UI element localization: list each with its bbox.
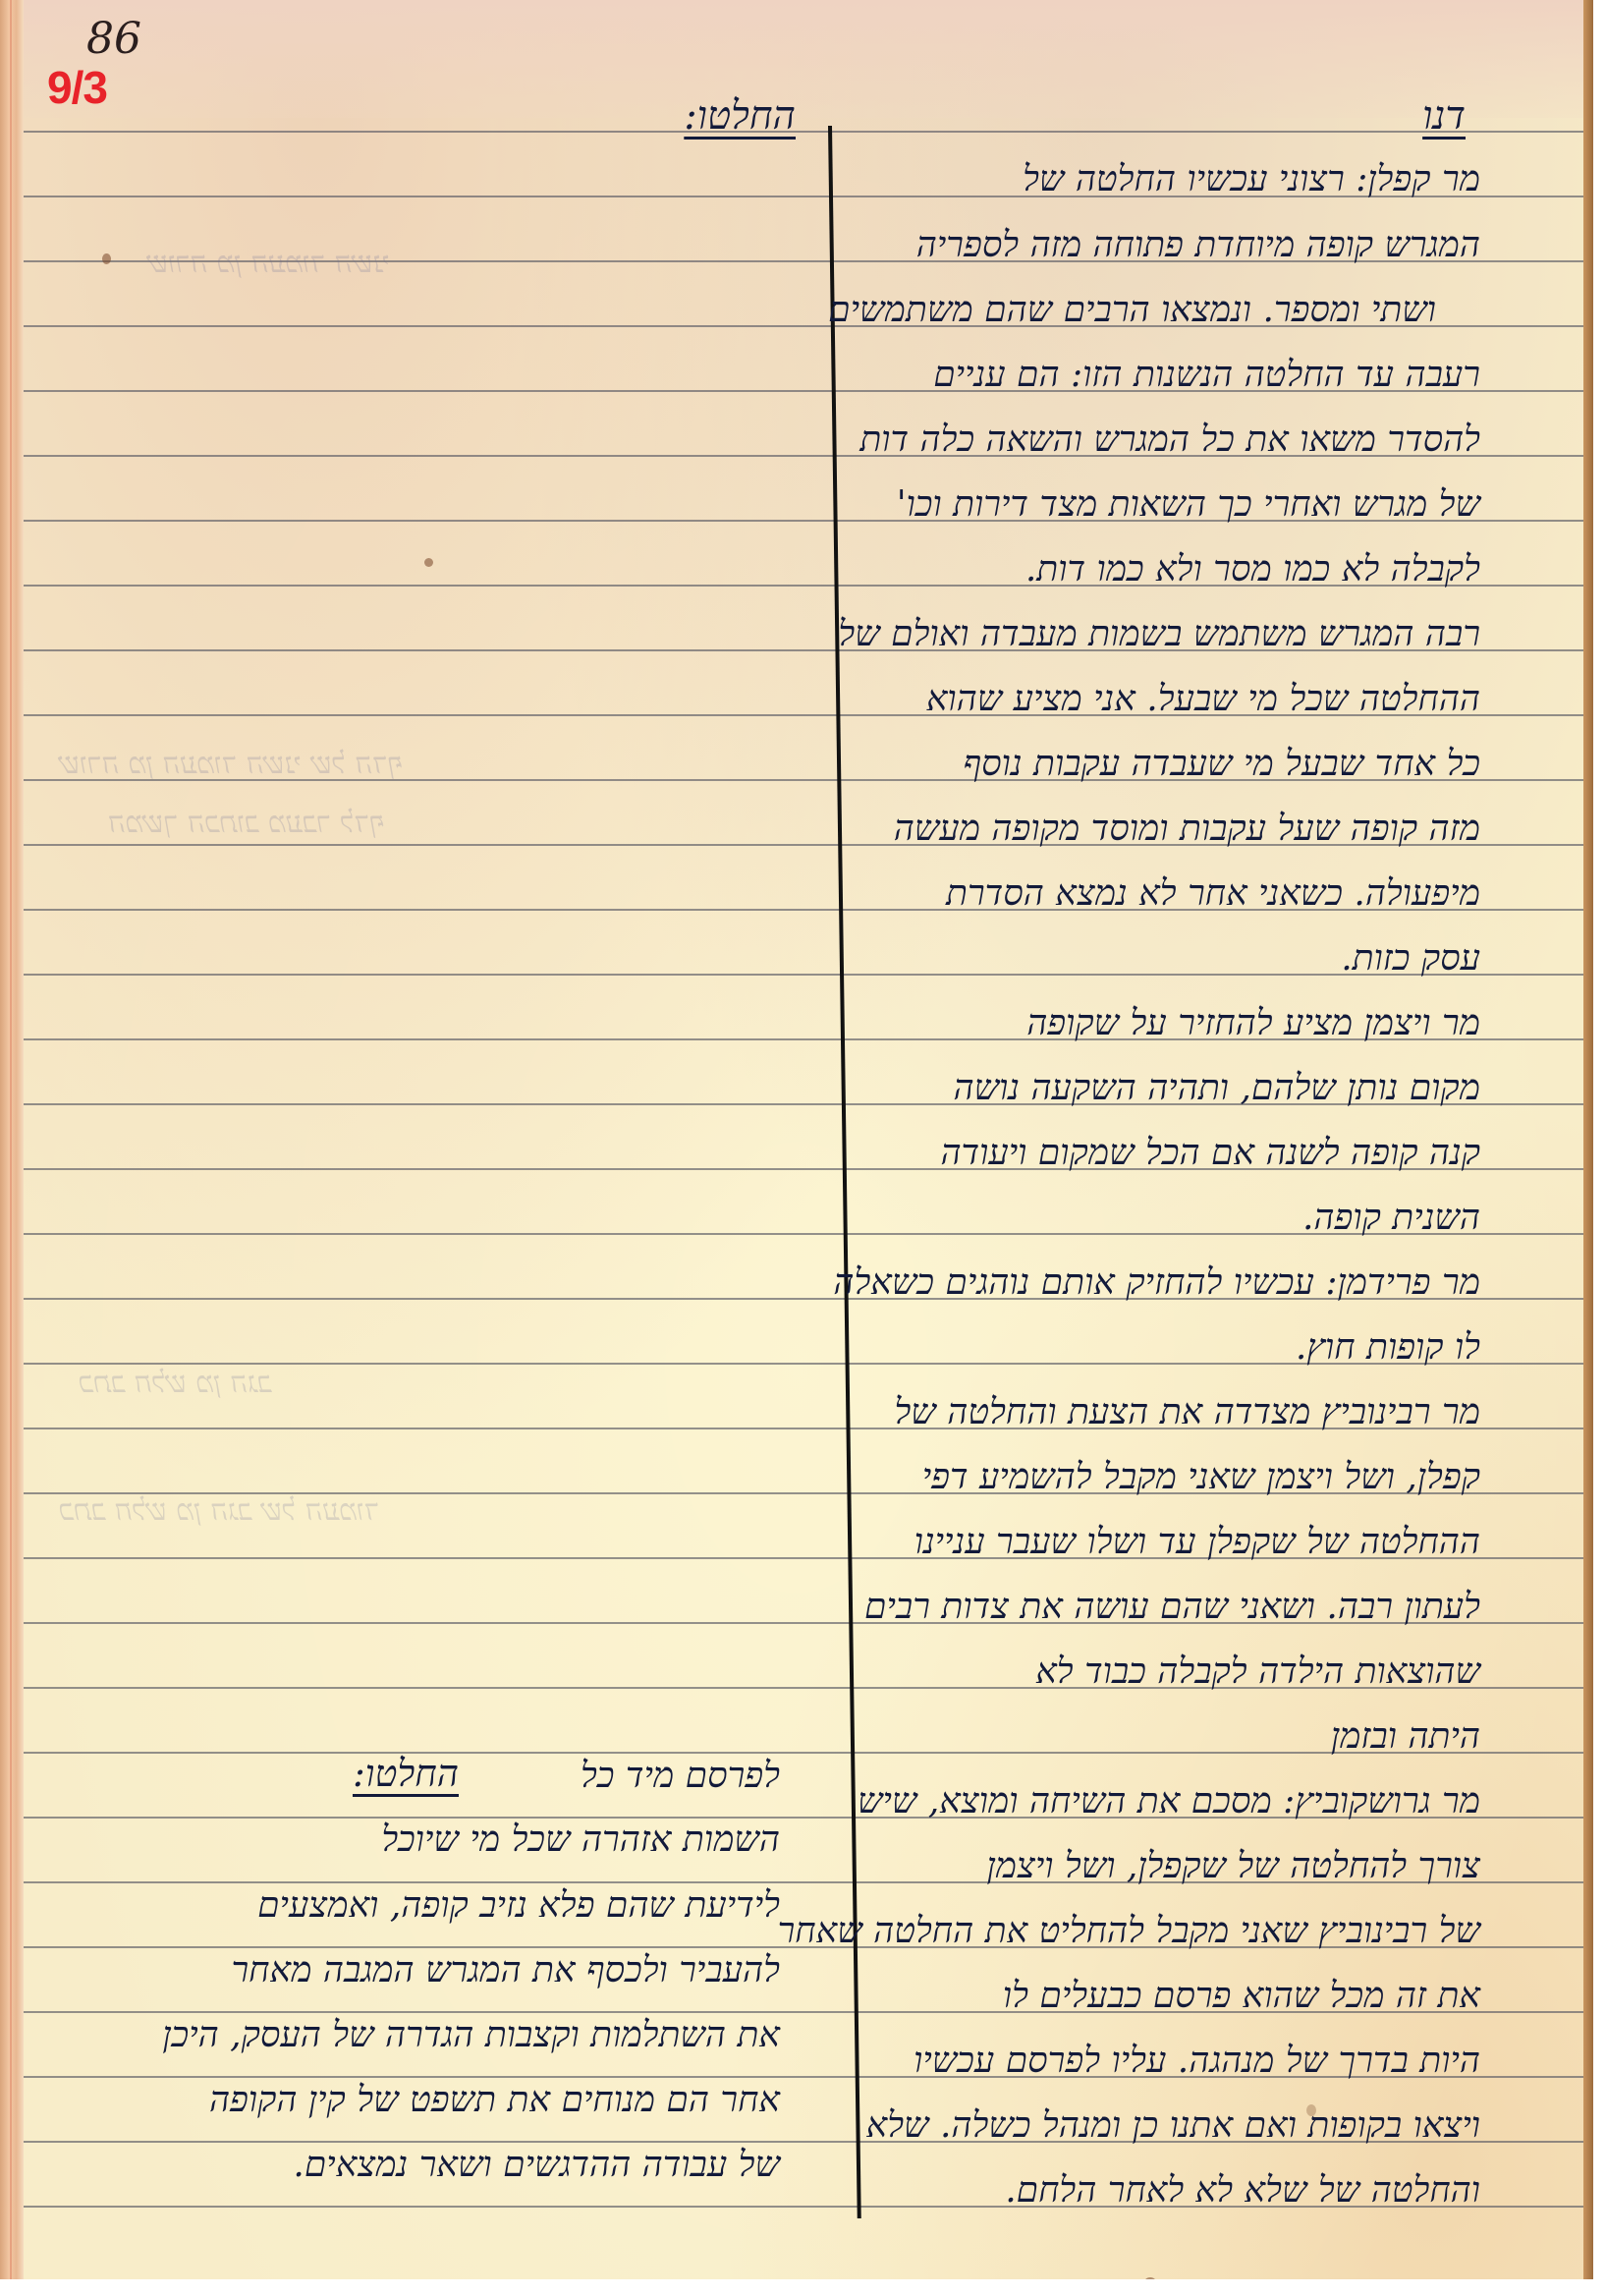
decision-line: לידיעת שהם פלא נזיב קופה, ואמצעים xyxy=(257,1888,780,1924)
scanned-notebook-page: שורה מן העמוד השני שורה מן העמוד השני של… xyxy=(0,0,1593,2279)
discussion-line: מקום נותן שלהם, ותהיה השקעה נושה xyxy=(954,1071,1480,1106)
discussion-line: עסק כזות. xyxy=(1341,941,1480,977)
decision-line: השמות אזהרה שכל מי שיוכל xyxy=(381,1822,780,1858)
discussion-line: קנה קופה לשנה אם הכל שמקום ויעודה xyxy=(940,1136,1480,1171)
bleed-through-text: שורה מן העמוד השני xyxy=(147,246,390,280)
discussion-line: צורך להחלטה של שקפלן, ושל ויצמן xyxy=(986,1849,1480,1884)
bleed-through-text: המשך הכתוב מעבר לדף xyxy=(108,806,385,840)
discussion-line: את זה מכל שהוא פרסם כבעלים לו xyxy=(1003,1979,1480,2014)
discussion-line: מר רבינוביץ מצדדה את הצעת והחלטה של xyxy=(894,1395,1480,1430)
bleed-through-text: כתב חלש מן הגב של העמוד xyxy=(59,1493,379,1528)
decision-line: לפרסם מיד כל xyxy=(581,1759,780,1794)
rule-line xyxy=(24,131,1583,133)
discussion-line: לעתון רבה. ושאני שהם עושה את צדות רבים xyxy=(864,1590,1480,1625)
decision-line: של עבודה ההדגשים ושאר נמצאים. xyxy=(293,2148,780,2183)
bleed-through-text: שורה מן העמוד השני של הדף xyxy=(59,747,403,781)
discussion-line: מר פרידמן: עכשיו להחזיק אותם נוהגים כשאל… xyxy=(833,1265,1480,1301)
discussion-line: של רבינוביץ שאני מקבל להחליט את החלטה שא… xyxy=(778,1914,1480,1949)
discussion-line: לו קופות חוץ. xyxy=(1296,1330,1480,1366)
discussion-line: מר ויצמן מציע להחזיר על שקופה xyxy=(1026,1006,1480,1041)
discussion-line: מזה קופה שעל עקבות ומוסד מקופה מעשה xyxy=(894,812,1480,847)
ink-stain xyxy=(102,253,111,264)
discussion-line: ההחלטה של שקפלן עד ושלו שעבר עניינו xyxy=(914,1525,1480,1560)
discussion-line: כל אחד שבעל מי שעבדה עקבות נוסף xyxy=(964,747,1481,782)
bleed-through-text: כתב חלש מן הגב xyxy=(79,1366,271,1400)
discussion-line: ההחלטה שכל מי שבעל. אני מציע שהוא xyxy=(926,682,1480,717)
discussion-line: קפלן, ושל ויצמן שאני מקבל להשמיע דפי xyxy=(922,1460,1480,1495)
decision-line: להעביר ולכסף את המגרש המגבה מאחר xyxy=(231,1953,780,1988)
discussion-line: והחלטה של שלא לא לאחר הלחם. xyxy=(1005,2173,1480,2209)
discussion-line: היתה ובזמן xyxy=(1331,1719,1480,1755)
discussion-line: מר קפלן: רצוני עכשיו החלטה של xyxy=(1023,162,1480,197)
decision-line: את השתלמות וקצבות הגדרה של העסק, היכן xyxy=(162,2018,780,2053)
discussion-line: ויצאו בקופות ואם אתנו כן ומנהל כשלה. שלא xyxy=(866,2108,1480,2144)
left-column-header: החלטו: xyxy=(684,96,796,136)
discussion-line: שהוצאות הילדה לקבלה כבוד לא xyxy=(1035,1654,1480,1690)
decision-line: אחר הם מנוחים את תשפט של קין הקופה xyxy=(209,2083,780,2118)
discussion-line: רבה המגרש משתמש בשמות מעבדה ואולם של xyxy=(838,617,1480,652)
discussion-line: המגרש קופה מיוחדת פתוחה מזה לספריה xyxy=(916,228,1480,263)
discussion-line: היות בדרך של מנהגה. עליו לפרסם עכשיו xyxy=(914,2044,1480,2079)
discussion-line: ושתי ומספר. ונמצאו הרבים שהם משתמשים xyxy=(828,293,1436,328)
decision-label: החלטו: xyxy=(353,1755,459,1792)
discussion-line: השנית קופה. xyxy=(1302,1201,1480,1236)
page-right-edge xyxy=(1583,0,1593,2279)
folio-label: 9/3 xyxy=(47,61,107,114)
handwritten-page-number: 86 xyxy=(86,14,141,64)
discussion-line: לקבלה לא כמו מסר ולא כמו דות. xyxy=(1025,552,1480,588)
page-binding-edge xyxy=(0,0,24,2279)
right-column-header: דנו xyxy=(1422,96,1466,136)
discussion-line: מר גרושקוביץ: מסכם את השיחה ומוצא, שיש xyxy=(858,1784,1480,1820)
discussion-line: מיפעולה. כשאני אחר לא נמצא הסדרת xyxy=(946,876,1480,912)
ink-stain xyxy=(424,558,433,567)
discussion-line: להסדר משאו את כל המגרש והשאה כלה דות xyxy=(859,422,1480,458)
discussion-line: רעבה עד החלטה הנשנות הזו: הם עניים xyxy=(933,358,1480,393)
discussion-line: של מגרש ואחרי כך השאות מצד דירות וכו' xyxy=(897,487,1480,523)
